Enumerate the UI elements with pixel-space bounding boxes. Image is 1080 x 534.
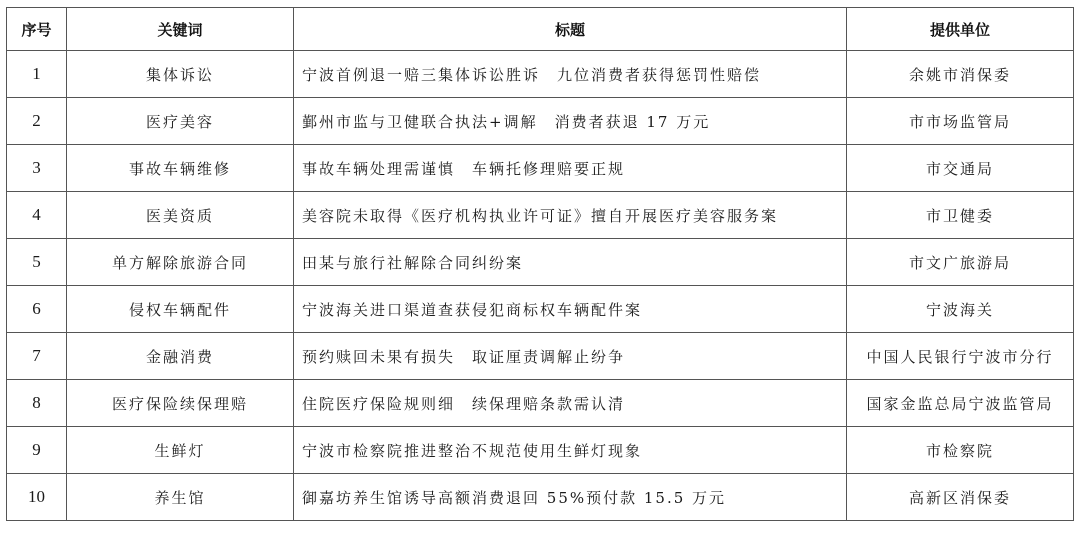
table-row: 9 生鲜灯 宁波市检察院推进整治不规范使用生鲜灯现象 市检察院 [7, 427, 1074, 474]
row-unit: 市文广旅游局 [847, 239, 1074, 286]
row-num: 1 [7, 51, 67, 98]
table-row: 7 金融消费 预约赎回未果有损失 取证厘责调解止纷争 中国人民银行宁波市分行 [7, 333, 1074, 380]
table-row: 10 养生馆 御嘉坊养生馆诱导高额消费退回 55%预付款 15.5 万元 高新区… [7, 474, 1074, 521]
table-row: 2 医疗美容 鄞州市监与卫健联合执法+调解 消费者获退 17 万元 市市场监管局 [7, 98, 1074, 145]
row-title: 御嘉坊养生馆诱导高额消费退回 55%预付款 15.5 万元 [294, 474, 847, 521]
row-title: 住院医疗保险规则细 续保理赔条款需认清 [294, 380, 847, 427]
row-num: 3 [7, 145, 67, 192]
row-title: 预约赎回未果有损失 取证厘责调解止纷争 [294, 333, 847, 380]
row-unit: 市卫健委 [847, 192, 1074, 239]
row-num: 4 [7, 192, 67, 239]
header-row: 序号 关键词 标题 提供单位 [7, 8, 1074, 51]
row-keyword: 金融消费 [67, 333, 294, 380]
table-row: 8 医疗保险续保理赔 住院医疗保险规则细 续保理赔条款需认清 国家金监总局宁波监… [7, 380, 1074, 427]
row-num: 7 [7, 333, 67, 380]
case-table-container: 序号 关键词 标题 提供单位 1 集体诉讼 宁波首例退一赔三集体诉讼胜诉 九位消… [6, 7, 1073, 521]
row-keyword: 养生馆 [67, 474, 294, 521]
row-num: 5 [7, 239, 67, 286]
row-keyword: 生鲜灯 [67, 427, 294, 474]
table-row: 4 医美资质 美容院未取得《医疗机构执业许可证》擅自开展医疗美容服务案 市卫健委 [7, 192, 1074, 239]
row-num: 9 [7, 427, 67, 474]
row-unit: 高新区消保委 [847, 474, 1074, 521]
row-unit: 中国人民银行宁波市分行 [847, 333, 1074, 380]
row-num: 10 [7, 474, 67, 521]
row-unit: 宁波海关 [847, 286, 1074, 333]
header-keyword: 关键词 [67, 8, 294, 51]
row-num: 2 [7, 98, 67, 145]
row-num: 6 [7, 286, 67, 333]
table-row: 5 单方解除旅游合同 田某与旅行社解除合同纠纷案 市文广旅游局 [7, 239, 1074, 286]
header-title: 标题 [294, 8, 847, 51]
row-keyword: 单方解除旅游合同 [67, 239, 294, 286]
row-keyword: 侵权车辆配件 [67, 286, 294, 333]
row-unit: 市市场监管局 [847, 98, 1074, 145]
row-unit: 市交通局 [847, 145, 1074, 192]
row-keyword: 医疗美容 [67, 98, 294, 145]
row-unit: 余姚市消保委 [847, 51, 1074, 98]
row-title: 美容院未取得《医疗机构执业许可证》擅自开展医疗美容服务案 [294, 192, 847, 239]
table-row: 1 集体诉讼 宁波首例退一赔三集体诉讼胜诉 九位消费者获得惩罚性赔偿 余姚市消保… [7, 51, 1074, 98]
header-num: 序号 [7, 8, 67, 51]
row-keyword: 集体诉讼 [67, 51, 294, 98]
table-row: 3 事故车辆维修 事故车辆处理需谨慎 车辆托修理赔要正规 市交通局 [7, 145, 1074, 192]
table-body: 1 集体诉讼 宁波首例退一赔三集体诉讼胜诉 九位消费者获得惩罚性赔偿 余姚市消保… [7, 51, 1074, 521]
row-keyword: 医疗保险续保理赔 [67, 380, 294, 427]
row-unit: 市检察院 [847, 427, 1074, 474]
row-title: 宁波海关进口渠道查获侵犯商标权车辆配件案 [294, 286, 847, 333]
header-unit: 提供单位 [847, 8, 1074, 51]
row-keyword: 医美资质 [67, 192, 294, 239]
row-title: 事故车辆处理需谨慎 车辆托修理赔要正规 [294, 145, 847, 192]
row-keyword: 事故车辆维修 [67, 145, 294, 192]
row-title: 宁波市检察院推进整治不规范使用生鲜灯现象 [294, 427, 847, 474]
table-header: 序号 关键词 标题 提供单位 [7, 8, 1074, 51]
table-row: 6 侵权车辆配件 宁波海关进口渠道查获侵犯商标权车辆配件案 宁波海关 [7, 286, 1074, 333]
row-unit: 国家金监总局宁波监管局 [847, 380, 1074, 427]
row-title: 田某与旅行社解除合同纠纷案 [294, 239, 847, 286]
case-table: 序号 关键词 标题 提供单位 1 集体诉讼 宁波首例退一赔三集体诉讼胜诉 九位消… [6, 7, 1074, 521]
row-title: 宁波首例退一赔三集体诉讼胜诉 九位消费者获得惩罚性赔偿 [294, 51, 847, 98]
row-num: 8 [7, 380, 67, 427]
row-title: 鄞州市监与卫健联合执法+调解 消费者获退 17 万元 [294, 98, 847, 145]
